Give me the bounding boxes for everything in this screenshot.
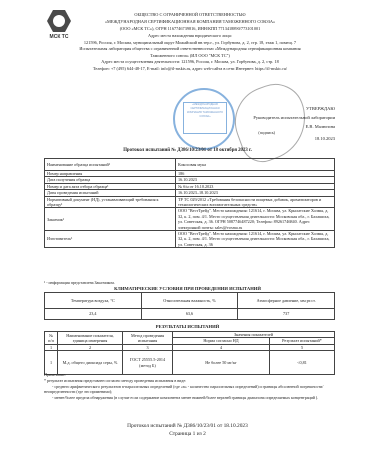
- header-method: Метод проведения испытания: [123, 332, 173, 345]
- value-pressure: 737: [238, 309, 335, 320]
- approval-name: Е.В. Малюгина: [306, 124, 335, 129]
- row-label: Заказчик¹: [45, 208, 176, 231]
- stamp-text: «МЕЖДУНАРОДНАЯ СЕРТИФИКАЦИОННАЯ КОМПАНИЯ…: [183, 102, 227, 134]
- sample-info-table: Наименование образца испытаний¹ Кокосова…: [44, 158, 335, 248]
- header-line-2: «МЕЖДУНАРОДНАЯ СЕРТИФИКАЦИОННАЯ КОМПАНИЯ…: [40, 19, 340, 26]
- header-line-3: (ООО «МСК ТС»), ОГРН 1167746739816, ИНН/…: [40, 26, 340, 33]
- header-humidity: Относительная влажность, %: [141, 293, 238, 309]
- header-pressure: Атмосферное давление, мм рт.ст.: [238, 293, 335, 309]
- row-value: ТР ТС 029/2012 «Требования безопасности …: [176, 196, 335, 208]
- results-section-title: РЕЗУЛЬТАТЫ ИСПЫТАНИЙ: [0, 324, 375, 329]
- company-stamp: «МЕЖДУНАРОДНАЯ СЕРТИФИКАЦИОННАЯ КОМПАНИЯ…: [173, 88, 235, 150]
- row-label: Наименование образца испытаний¹: [45, 159, 176, 171]
- table-row: 23,4 63,6 737: [45, 309, 335, 320]
- header-num: № п/п: [45, 332, 58, 345]
- signature-caption: (подпись): [258, 130, 275, 135]
- climate-table: Температура воздуха, °С Относительная вл…: [44, 292, 335, 320]
- page-number: Страница 1 из 2: [0, 431, 375, 439]
- row-label: Изготовитель¹: [45, 231, 176, 248]
- protocol-title: Протокол испытаний № Д386/10/23/01 от 18…: [0, 148, 375, 153]
- header-temperature: Температура воздуха, °С: [45, 293, 142, 309]
- approval-title: УТВЕРЖДАЮ: [306, 106, 335, 111]
- header-line-9: Телефон: +7 (495) 644-48-17, E-mail: inf…: [40, 66, 340, 73]
- notes-line-1: * результат испытания представлен соглас…: [44, 378, 334, 383]
- header-line-1: ОБЩЕСТВО С ОГРАНИЧЕННОЙ ОТВЕТСТВЕННОСТЬЮ: [40, 12, 340, 19]
- footnote-customer-info: ¹ - информация представлена Заказчиком.: [44, 280, 115, 285]
- value-humidity: 63,6: [141, 309, 238, 320]
- row-value: ООО "ВестТрейд". Место нахождения: 12161…: [176, 208, 335, 231]
- table-row: Наименование образца испытаний¹ Кокосова…: [45, 159, 335, 171]
- notes-line-2: - среднего арифметического результатов n…: [44, 384, 334, 395]
- row-value: Кокосовая мука: [176, 159, 335, 171]
- table-row: Нормативный документ (НД), устанавливающ…: [45, 196, 335, 208]
- table-row: Заказчик¹ ООО "ВестТрейд". Место нахожде…: [45, 208, 335, 231]
- closing-protocol-ref: Протокол испытаний № Д386/10/23/01 от 18…: [0, 423, 375, 431]
- climate-section-title: КЛИМАТИЧЕСКИЕ УСЛОВИЯ ПРИ ПРОВЕДЕНИИ ИСП…: [0, 286, 375, 291]
- results-table: № п/п Наименование показателя, единица и…: [44, 331, 335, 375]
- approval-date: 18.10.2023: [315, 136, 335, 141]
- notes-title: Примечание:: [44, 372, 334, 377]
- table-header-row: Температура воздуха, °С Относительная вл…: [45, 293, 335, 309]
- approval-position: Руководитель испытательной лаборатории: [253, 115, 335, 120]
- row-label: Нормативный документ (НД), устанавливающ…: [45, 196, 176, 208]
- table-row: Изготовитель¹ ООО "ВестТрейд". Место нах…: [45, 231, 335, 248]
- header-line-8: Адрес места осуществления деятельности: …: [40, 59, 340, 66]
- header-indicator: Наименование показателя, единица измерен…: [58, 332, 123, 345]
- notes-line-3: - менее/более предела обнаружения (в слу…: [44, 395, 334, 400]
- protocol-page: МСК ТС ОБЩЕСТВО С ОГРАНИЧЕННОЙ ОТВЕТСТВЕ…: [0, 0, 375, 450]
- value-temperature: 23,4: [45, 309, 142, 320]
- row-value: ООО "ВестТрейд". Место нахождения: 12161…: [176, 231, 335, 248]
- signature-mark: [225, 76, 317, 168]
